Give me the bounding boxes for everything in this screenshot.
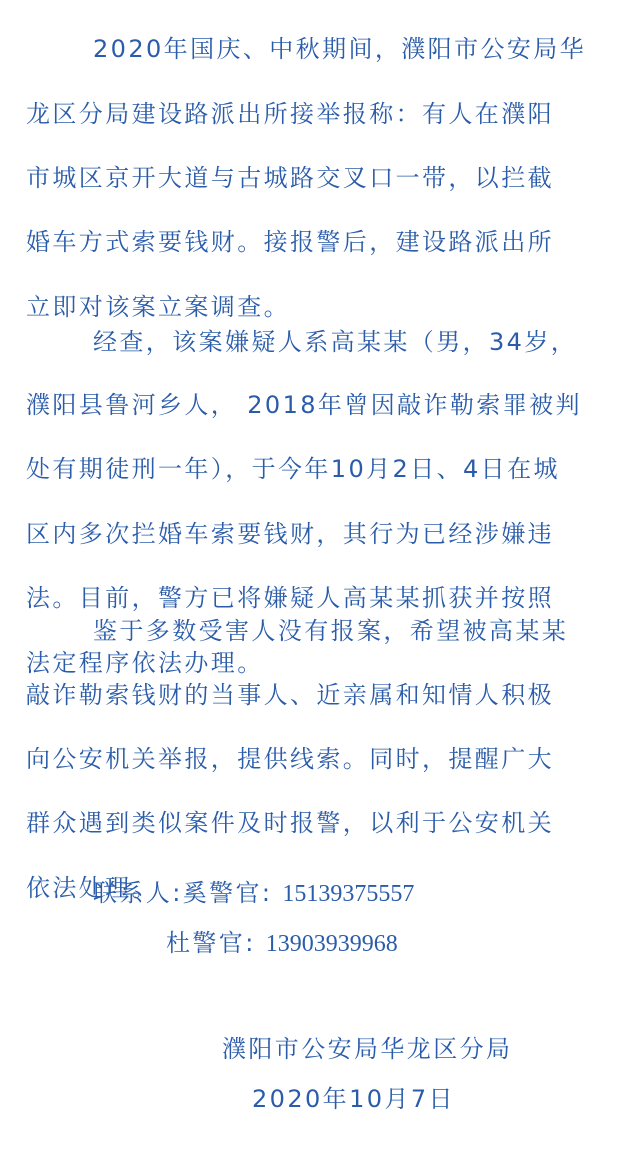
contact-phone-1: 15139375557 (282, 881, 414, 907)
paragraph-1-line-5: 立即对该案立案调查。 (26, 292, 616, 322)
paragraph-2-line-3: 处有期徒刑一年），于今年10月2日、4日在城 (26, 454, 616, 484)
paragraph-2-line-4: 区内多次拦婚车索要钱财，其行为已经涉嫌违 (26, 519, 616, 549)
paragraph-3-line-3: 向公安机关举报，提供线索。同时，提醒广大 (26, 744, 616, 774)
paragraph-2-line-1: 经查，该案嫌疑人系高某某（男，34岁， (93, 327, 640, 357)
paragraph-3-line-4: 群众遇到类似案件及时报警，以利于公安机关 (26, 808, 616, 838)
paragraph-1-line-4: 婚车方式索要钱财。接报警后，建设路派出所 (26, 227, 616, 257)
contact-separator: : (262, 879, 283, 907)
paragraph-2-line-6: 法定程序依法办理。 (26, 648, 616, 678)
contact-row-1: 联系人:奚警官: 15139375557 (93, 878, 640, 909)
paragraph-1-line-3: 市城区京开大道与古城路交叉口一带，以拦截 (26, 163, 616, 193)
contact-name-1: 奚警官 (183, 879, 262, 907)
contact-phone-2: 13903939968 (266, 931, 398, 957)
paragraph-2-line-5: 法。目前，警方已将嫌疑人高某某抓获并按照 (26, 583, 616, 613)
paragraph-2-line-2: 濮阳县鲁河乡人， 2018年曾因敲诈勒索罪被判 (26, 390, 616, 420)
signature-organization: 濮阳市公安局华龙区分局 (222, 1034, 640, 1064)
paragraph-1-line-2: 龙区分局建设路派出所接举报称：有人在濮阳 (26, 99, 616, 129)
contact-label: 联系人: (93, 879, 183, 907)
paragraph-3-line-2: 敲诈勒索钱财的当事人、近亲属和知情人积极 (26, 680, 616, 710)
paragraph-1-line-1: 2020年国庆、中秋期间，濮阳市公安局华 (93, 34, 640, 64)
paragraph-3-line-1: 鉴于多数受害人没有报案，希望被高某某 (93, 616, 640, 646)
contact-separator: : (245, 929, 266, 957)
contact-name-2: 杜警官 (166, 929, 245, 957)
contact-row-2: 杜警官: 13903939968 (166, 928, 640, 959)
notice-document: 2020年国庆、中秋期间，濮阳市公安局华 龙区分局建设路派出所接举报称：有人在濮… (0, 0, 640, 1149)
signature-date: 2020年10月7日 (252, 1084, 640, 1114)
